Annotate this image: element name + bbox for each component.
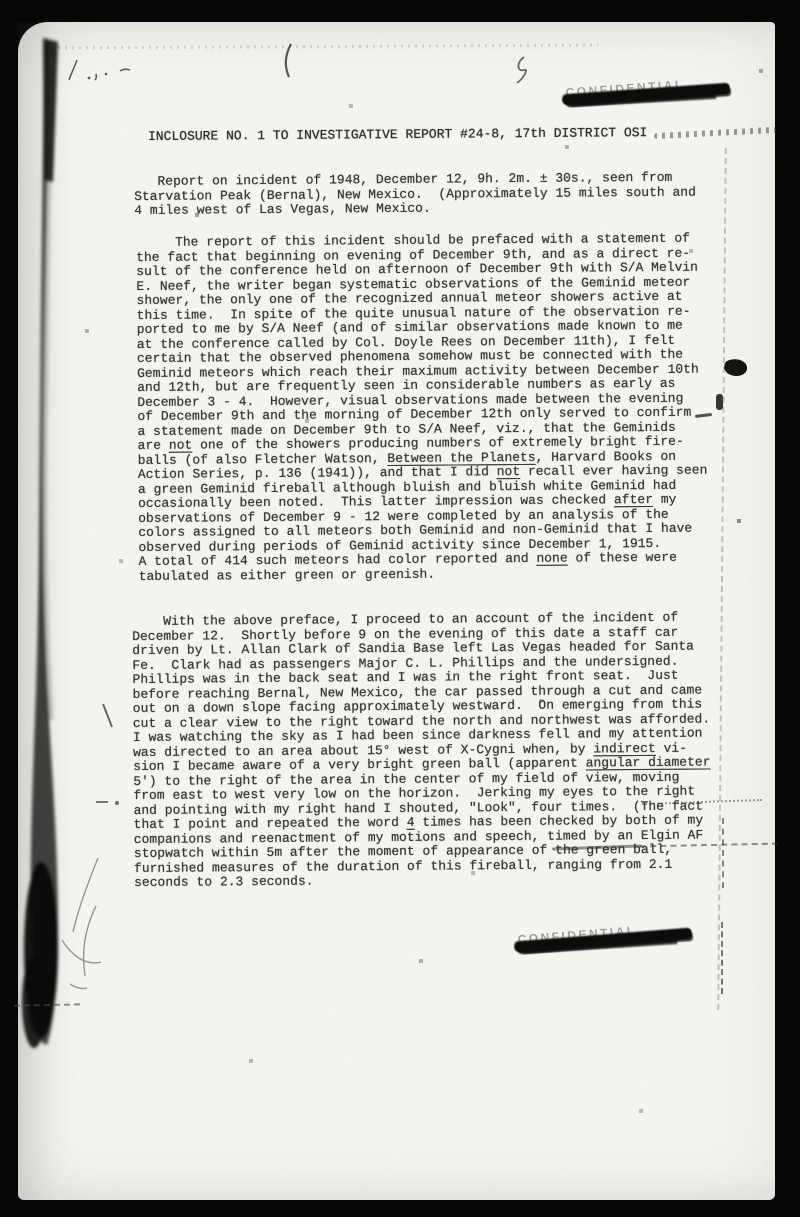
paper-specks <box>0 0 2 2</box>
paragraph-account: With the above preface, I proceed to an … <box>132 610 711 890</box>
right-fold-line-segment <box>722 818 724 888</box>
paragraph-incident-summary: Report on incident of 1948, December 12,… <box>134 171 696 219</box>
paragraph-preface: The report of this incident should be pr… <box>136 232 708 584</box>
right-fold-line-segment <box>721 922 723 994</box>
scanned-document-screen: INCLOSURE NO. 1 TO INVESTIGATIVE REPORT … <box>0 0 800 1217</box>
